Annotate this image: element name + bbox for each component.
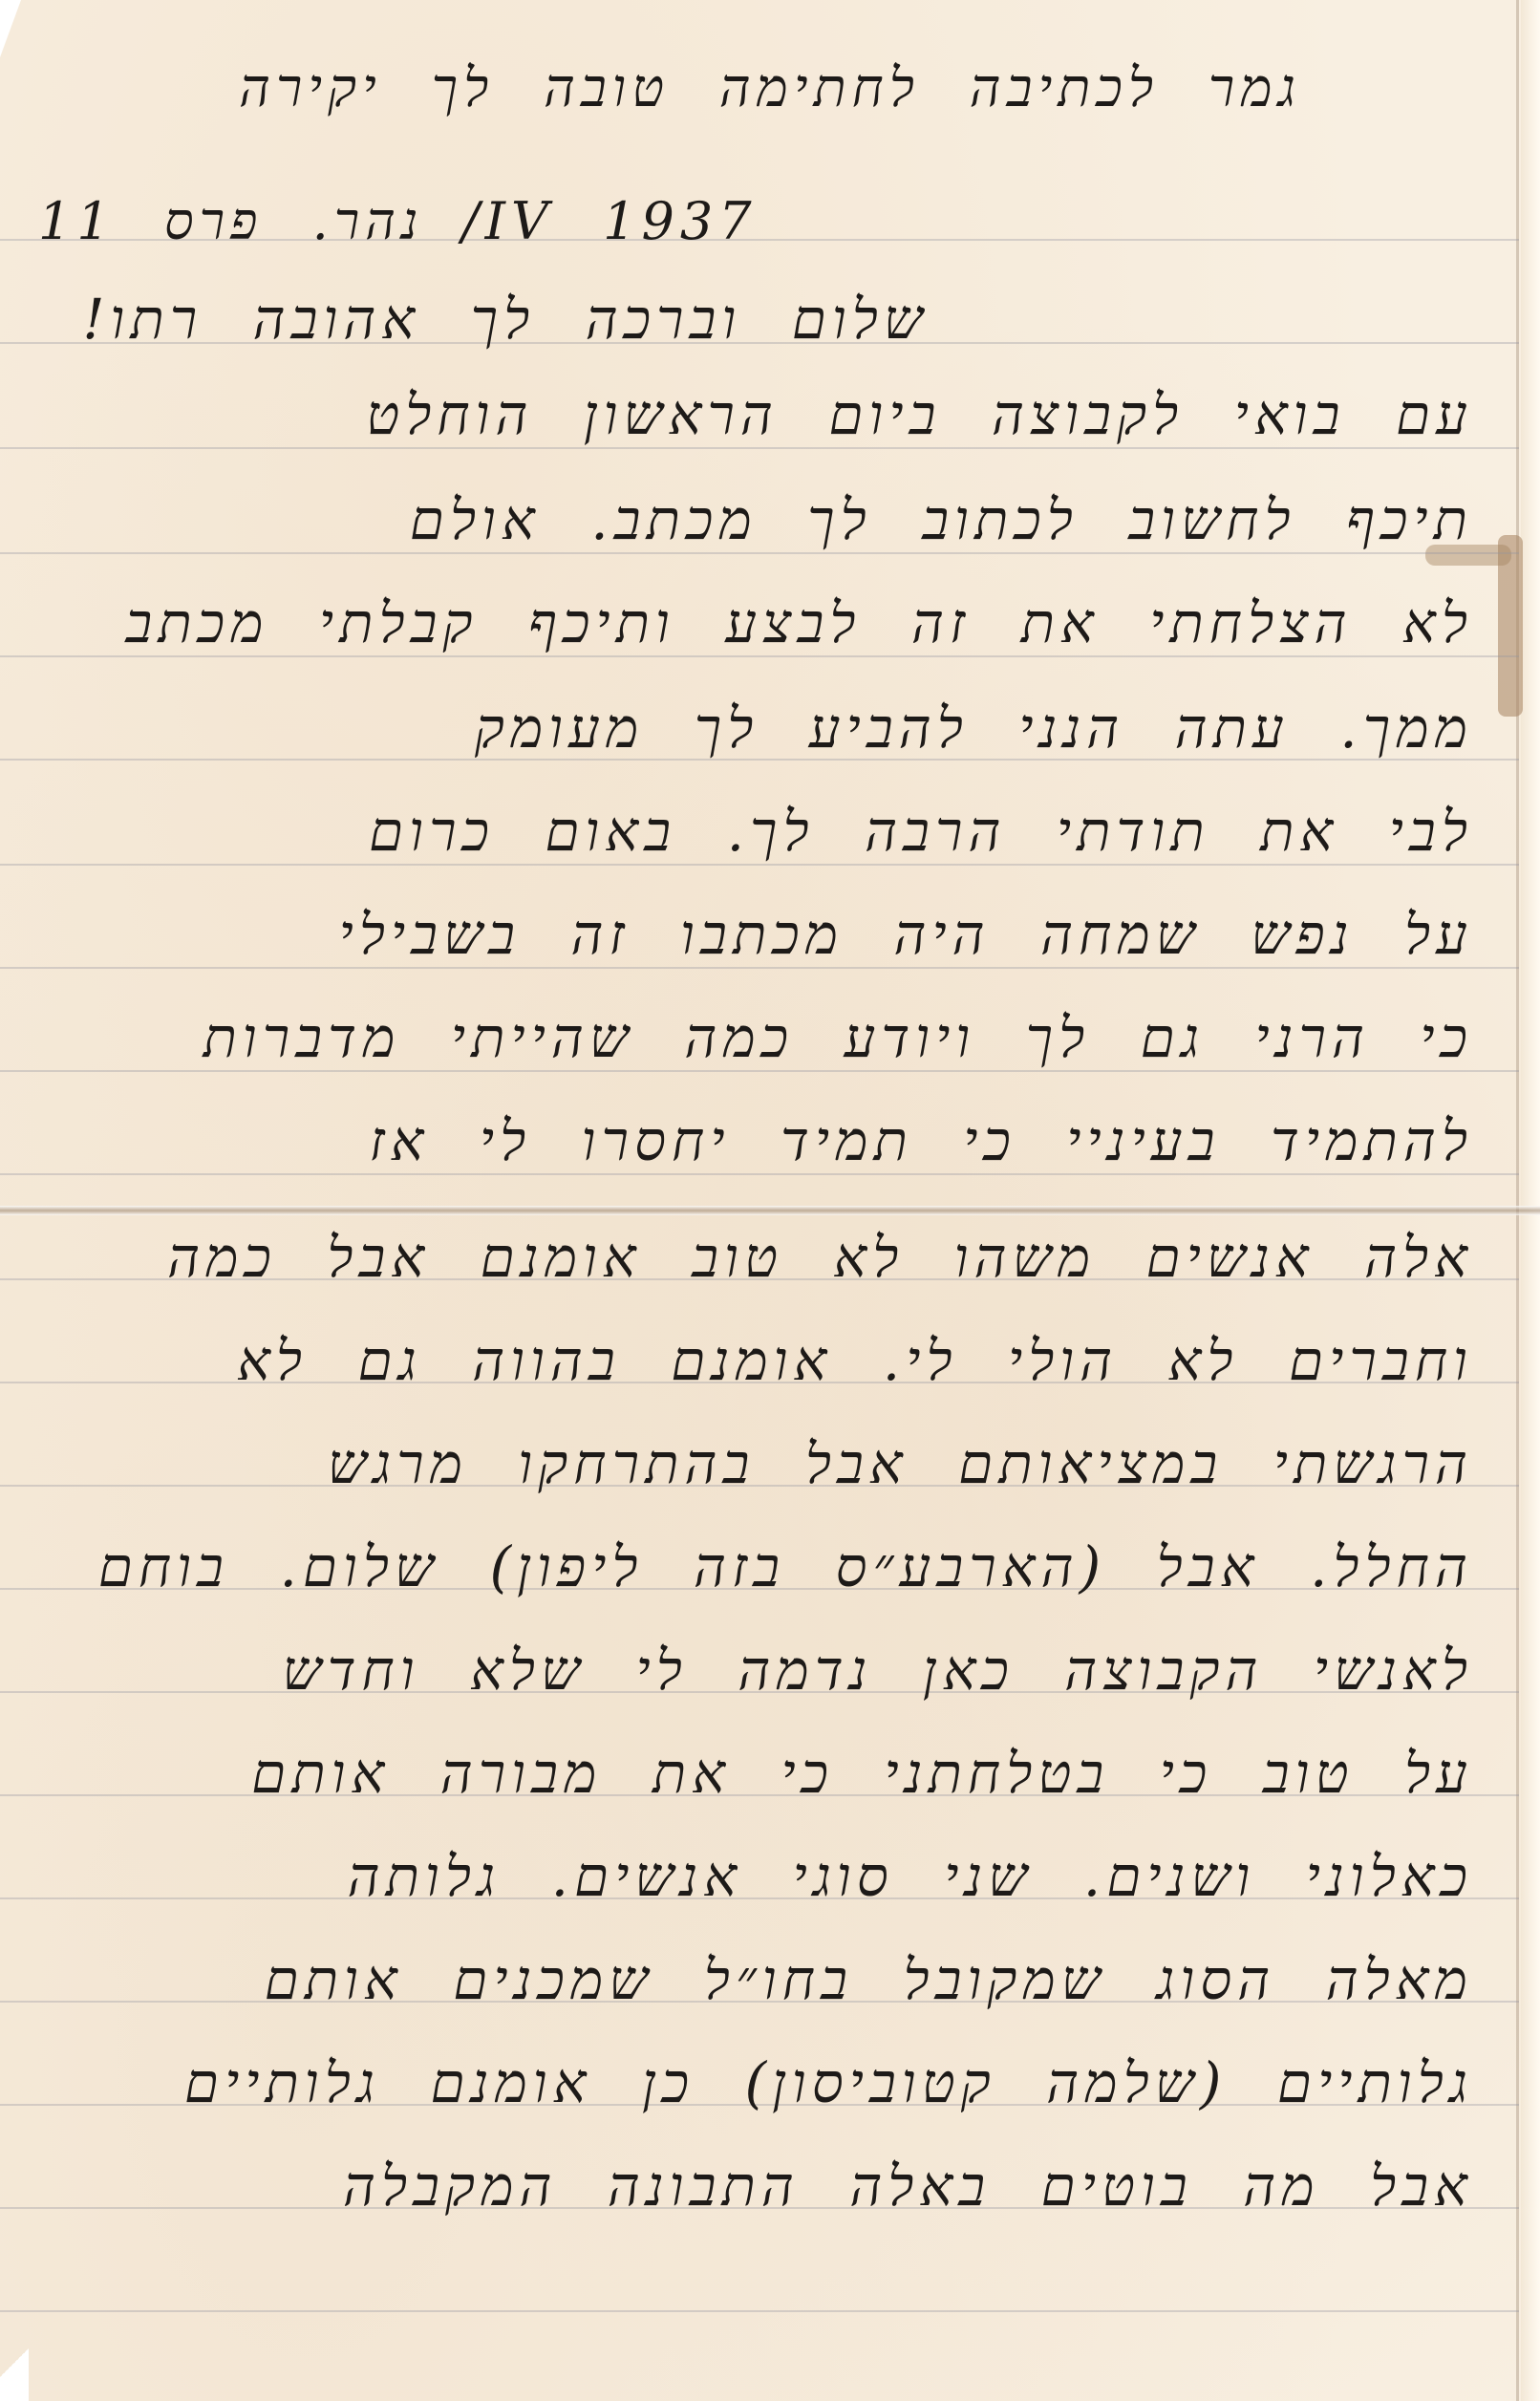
body-line: כי הרני גם לך ויודע כמה שהייתי מדברות <box>19 1005 1473 1070</box>
ruled-line <box>0 2310 1519 2312</box>
body-line: ממך. עתה הנני להביע לך מעומק <box>19 696 1473 761</box>
body-line: כאלוני ושנים. שני סוגי אנשים. גלותה <box>19 1844 1473 1909</box>
body-line: מאלה הסוג שמקובל בחו״ל שמכנים אותם <box>19 1947 1473 2012</box>
body-line: לא הצלחתי את זה לבצע ותיכף קבלתי מכתב <box>19 590 1473 655</box>
ruled-line <box>0 655 1519 657</box>
body-line: עם בואי לקבוצה ביום הראשון הוחלט <box>19 382 1473 447</box>
body-line: וחברים לא הולי לי. אומנם בהווה גם לא <box>19 1328 1473 1393</box>
letter-header: גמר לכתיבה לחתימה טובה לך יקירה <box>19 57 1301 119</box>
body-line: לבי את תודתי הרבה לך. באום כרום <box>19 799 1473 864</box>
body-line: גלותיים (שלמה קטוביסון) כן אומנם גלותיים <box>19 2050 1473 2115</box>
dateline: נהר. פרס 11/IV 1937 <box>38 191 796 251</box>
body-line: לאנשי הקבוצה כאן נדמה לי שלא וחדש <box>19 1638 1473 1703</box>
body-line: החלל. אבל (הארבע״ס בזה ליפון) שלום. בוחם <box>19 1534 1473 1599</box>
ruled-line <box>0 967 1519 969</box>
ruled-line <box>0 1173 1519 1175</box>
paper-right-edge <box>1521 0 1540 2401</box>
torn-corner <box>0 0 21 57</box>
ruled-line <box>0 447 1519 449</box>
body-line: אלה אנשים משהו לא טוב אומנם אבל כמה <box>19 1225 1473 1290</box>
body-line: על טוב כי בטלחתני כי את מבורה אותם <box>19 1741 1473 1806</box>
body-line: להתמיד בעיניי כי תמיד יחסרו לי אז <box>19 1108 1473 1173</box>
paper-fold-crease <box>0 1206 1540 1215</box>
ruled-line <box>0 552 1519 554</box>
right-margin-line <box>1516 0 1519 2401</box>
torn-bottom-corner <box>0 2325 29 2401</box>
greeting: שלום וברכה לך אהובה רתו! <box>19 287 929 352</box>
dateline-place: נהר. פרס <box>164 191 424 251</box>
ruled-line <box>0 1070 1519 1072</box>
body-line: אבל מה בוטים באלה התבונה המקבלה <box>19 2154 1473 2219</box>
letter-page: גמר לכתיבה לחתימה טובה לך יקירה נהר. פרס… <box>0 0 1540 2401</box>
ruled-line <box>0 864 1519 866</box>
body-line: על נפש שמחה היה מכתבו זה בשבילי <box>19 902 1473 967</box>
body-line: תיכף לחשוב לכתוב לך מכתב. אולם <box>19 487 1473 552</box>
body-line: הרגשתי במציאותם אבל בהתרחקו מרגש <box>19 1431 1473 1496</box>
